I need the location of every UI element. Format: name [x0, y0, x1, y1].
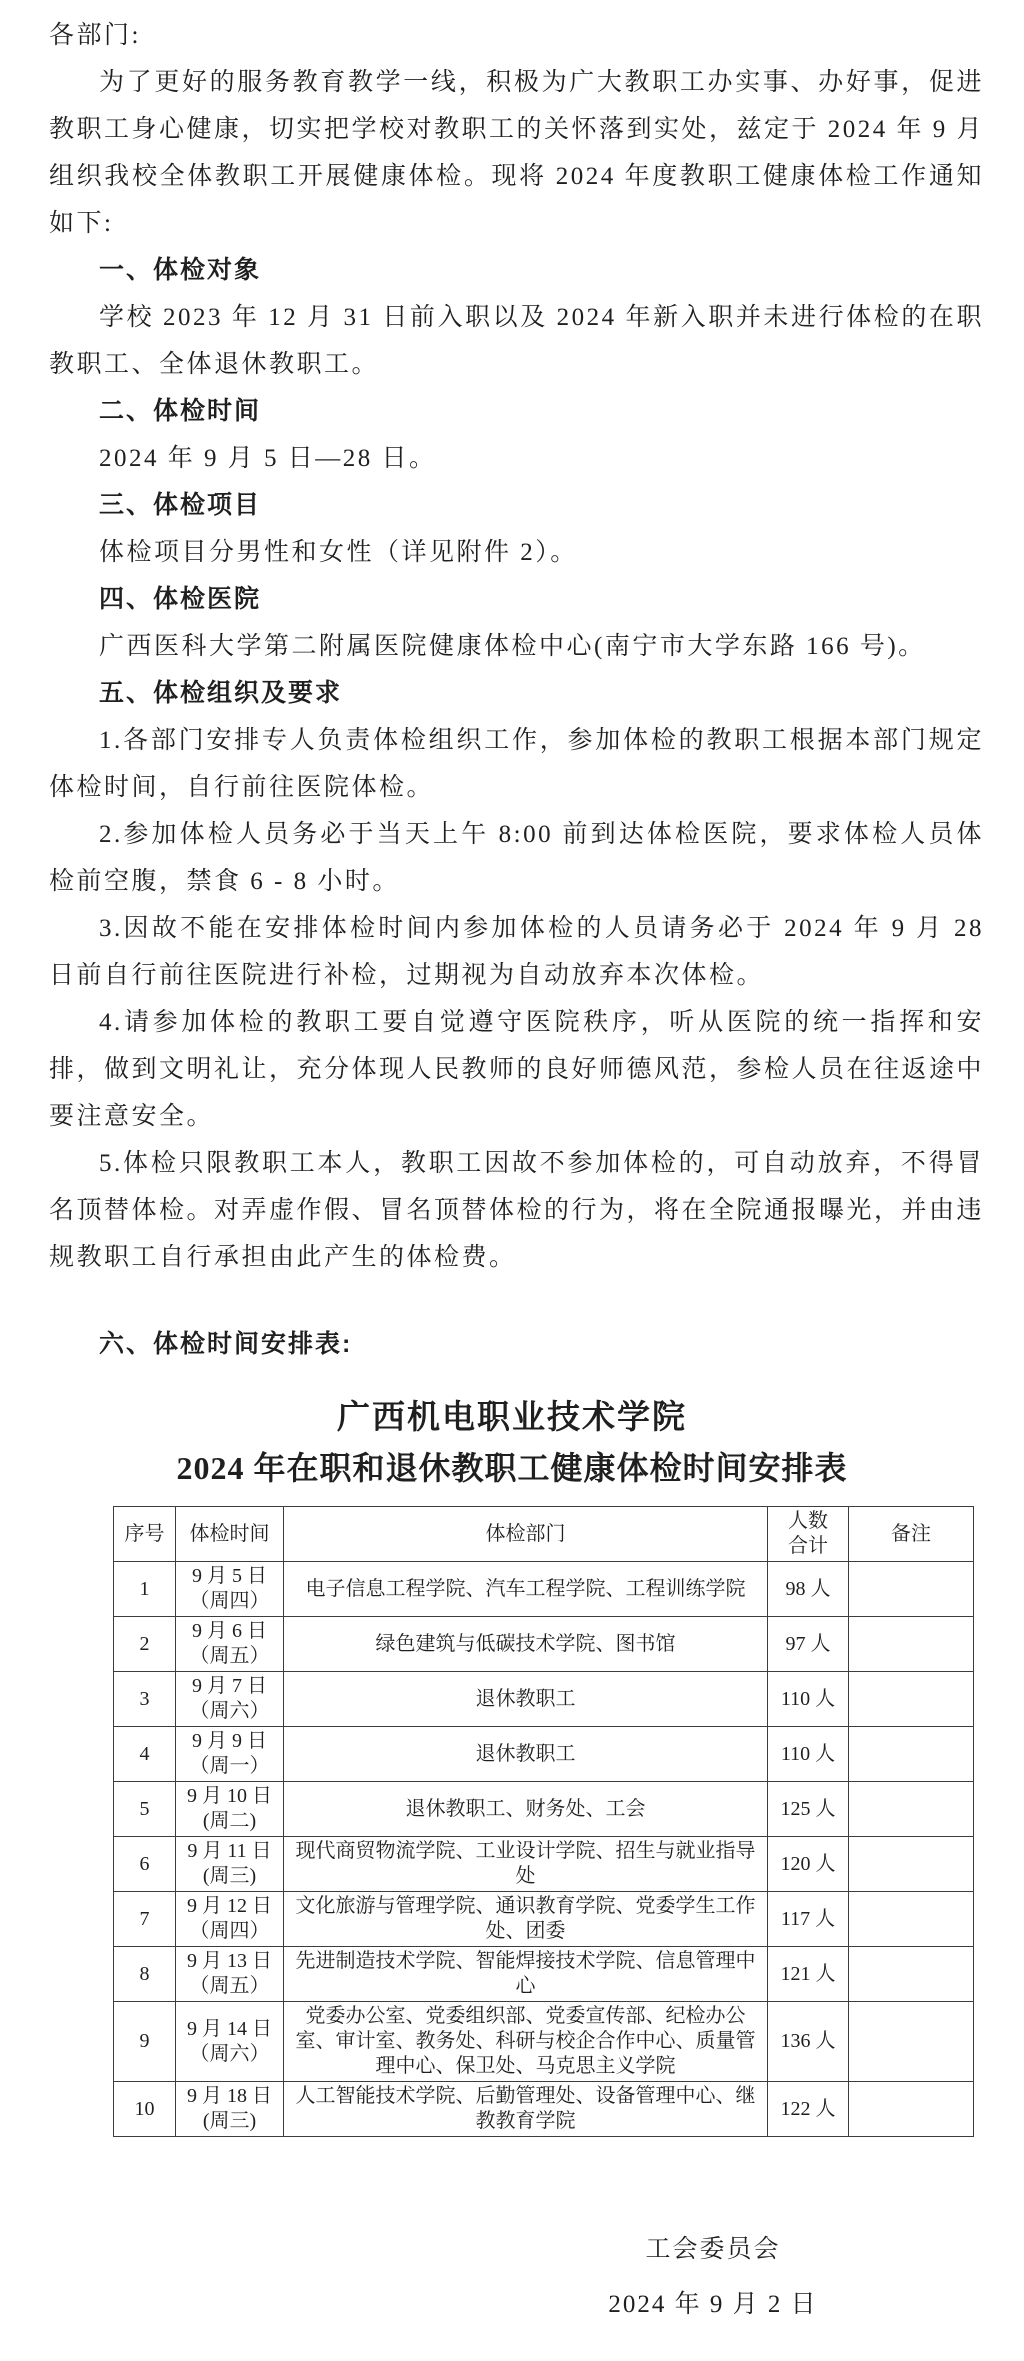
schedule-table: 序号 体检时间 体检部门 人数合计 备注 1 9 月 5 日（周四） 电子信息工… — [113, 1506, 974, 2137]
cell-departments: 先进制造技术学院、智能焊接技术学院、信息管理中心 — [284, 1947, 768, 2002]
cell-count: 110 人 — [768, 1727, 849, 1782]
cell-no: 6 — [114, 1837, 176, 1892]
section-paragraph: 体检项目分男性和女性（详见附件 2）。 — [49, 529, 984, 576]
cell-no: 10 — [114, 2082, 176, 2137]
section-paragraph: 学校 2023 年 12 月 31 日前入职以及 2024 年新入职并未进行体检… — [49, 294, 984, 388]
table-row: 3 9 月 7 日（周六） 退休教职工 110 人 — [114, 1672, 974, 1727]
cell-note — [849, 1782, 974, 1837]
cell-date: 9 月 5 日（周四） — [176, 1562, 284, 1617]
cell-date: 9 月 10 日(周二) — [176, 1782, 284, 1837]
cell-date: 9 月 7 日（周六） — [176, 1672, 284, 1727]
footer-signature: 工会委员会 — [563, 2222, 863, 2277]
cell-departments: 电子信息工程学院、汽车工程学院、工程训练学院 — [284, 1562, 768, 1617]
schedule-title-table: 2024 年在职和退休教职工健康体检时间安排表 — [0, 1446, 1024, 1490]
cell-date: 9 月 9 日（周一） — [176, 1727, 284, 1782]
schedule-block: 广西机电职业技术学院 2024 年在职和退休教职工健康体检时间安排表 序号 体检… — [0, 1394, 1024, 2137]
cell-departments: 人工智能技术学院、后勤管理处、设备管理中心、继教教育学院 — [284, 2082, 768, 2137]
cell-count: 125 人 — [768, 1782, 849, 1837]
cell-departments: 党委办公室、党委组织部、党委宣传部、纪检办公室、审计室、教务处、科研与校企合作中… — [284, 2002, 768, 2082]
cell-date: 9 月 14 日（周六） — [176, 2002, 284, 2082]
table-row: 9 9 月 14 日（周六） 党委办公室、党委组织部、党委宣传部、纪检办公室、审… — [114, 2002, 974, 2082]
table-row: 4 9 月 9 日（周一） 退休教职工 110 人 — [114, 1727, 974, 1782]
table-row: 2 9 月 6 日（周五） 绿色建筑与低碳技术学院、图书馆 97 人 — [114, 1617, 974, 1672]
cell-count: 110 人 — [768, 1672, 849, 1727]
cell-no: 1 — [114, 1562, 176, 1617]
cell-note — [849, 2082, 974, 2137]
cell-date: 9 月 13 日（周五） — [176, 1947, 284, 2002]
col-header-departments: 体检部门 — [284, 1507, 768, 1562]
cell-date: 9 月 18 日(周三) — [176, 2082, 284, 2137]
section-requirements: 五、体检组织及要求 1.各部门安排专人负责体检组织工作，参加体检的教职工根据本部… — [49, 670, 984, 1281]
cell-note — [849, 2002, 974, 2082]
col-header-note: 备注 — [849, 1507, 974, 1562]
cell-count: 97 人 — [768, 1617, 849, 1672]
cell-note — [849, 1672, 974, 1727]
section-time: 二、体检时间 2024 年 9 月 5 日—28 日。 — [49, 388, 984, 482]
footer-block: 工会委员会 2024 年 9 月 2 日 — [563, 2222, 863, 2332]
col-header-count: 人数合计 — [768, 1507, 849, 1562]
schedule-title-college: 广西机电职业技术学院 — [0, 1394, 1024, 1442]
section-heading: 五、体检组织及要求 — [49, 670, 984, 717]
table-row: 5 9 月 10 日(周二) 退休教职工、财务处、工会 125 人 — [114, 1782, 974, 1837]
section-paragraph: 1.各部门安排专人负责体检组织工作，参加体检的教职工根据本部门规定体检时间，自行… — [49, 717, 984, 811]
intro-paragraph: 为了更好的服务教育教学一线，积极为广大教职工办实事、办好事，促进教职工身心健康，… — [49, 59, 984, 247]
section-heading: 六、体检时间安排表: — [49, 1321, 984, 1368]
cell-note — [849, 1727, 974, 1782]
cell-count: 122 人 — [768, 2082, 849, 2137]
cell-no: 4 — [114, 1727, 176, 1782]
cell-no: 2 — [114, 1617, 176, 1672]
table-row: 1 9 月 5 日（周四） 电子信息工程学院、汽车工程学院、工程训练学院 98 … — [114, 1562, 974, 1617]
notice-page: 各部门: 为了更好的服务教育教学一线，积极为广大教职工办实事、办好事，促进教职工… — [0, 0, 1024, 2361]
section-heading: 三、体检项目 — [49, 482, 984, 529]
table-row: 6 9 月 11 日(周三) 现代商贸物流学院、工业设计学院、招生与就业指导处 … — [114, 1837, 974, 1892]
section-hospital: 四、体检医院 广西医科大学第二附属医院健康体检中心(南宁市大学东路 166 号)… — [49, 576, 984, 670]
cell-date: 9 月 11 日(周三) — [176, 1837, 284, 1892]
table-header-row: 序号 体检时间 体检部门 人数合计 备注 — [114, 1507, 974, 1562]
table-row: 10 9 月 18 日(周三) 人工智能技术学院、后勤管理处、设备管理中心、继教… — [114, 2082, 974, 2137]
salutation: 各部门: — [49, 12, 984, 59]
cell-note — [849, 1617, 974, 1672]
cell-count: 98 人 — [768, 1562, 849, 1617]
cell-count: 117 人 — [768, 1892, 849, 1947]
cell-departments: 绿色建筑与低碳技术学院、图书馆 — [284, 1617, 768, 1672]
cell-departments: 退休教职工、财务处、工会 — [284, 1782, 768, 1837]
section-paragraph: 2.参加体检人员务必于当天上午 8:00 前到达体检医院，要求体检人员体检前空腹… — [49, 811, 984, 905]
cell-departments: 现代商贸物流学院、工业设计学院、招生与就业指导处 — [284, 1837, 768, 1892]
section-paragraph: 4.请参加体检的教职工要自觉遵守医院秩序，听从医院的统一指挥和安排，做到文明礼让… — [49, 999, 984, 1140]
cell-departments: 文化旅游与管理学院、通识教育学院、党委学生工作处、团委 — [284, 1892, 768, 1947]
cell-no: 9 — [114, 2002, 176, 2082]
cell-note — [849, 1837, 974, 1892]
cell-departments: 退休教职工 — [284, 1727, 768, 1782]
footer-date: 2024 年 9 月 2 日 — [563, 2277, 863, 2332]
cell-no: 3 — [114, 1672, 176, 1727]
cell-count: 121 人 — [768, 1947, 849, 2002]
section-heading: 二、体检时间 — [49, 388, 984, 435]
cell-date: 9 月 12 日（周四） — [176, 1892, 284, 1947]
cell-count: 120 人 — [768, 1837, 849, 1892]
cell-no: 8 — [114, 1947, 176, 2002]
cell-count: 136 人 — [768, 2002, 849, 2082]
section-paragraph: 3.因故不能在安排体检时间内参加体检的人员请务必于 2024 年 9 月 28 … — [49, 905, 984, 999]
col-header-count-label: 人数合计 — [786, 1509, 830, 1559]
cell-date: 9 月 6 日（周五） — [176, 1617, 284, 1672]
notice-body: 各部门: 为了更好的服务教育教学一线，积极为广大教职工办实事、办好事，促进教职工… — [0, 0, 1024, 1368]
col-header-date: 体检时间 — [176, 1507, 284, 1562]
col-header-no: 序号 — [114, 1507, 176, 1562]
section-schedule: 六、体检时间安排表: — [49, 1321, 984, 1368]
section-examinees: 一、体检对象 学校 2023 年 12 月 31 日前入职以及 2024 年新入… — [49, 247, 984, 388]
table-row: 8 9 月 13 日（周五） 先进制造技术学院、智能焊接技术学院、信息管理中心 … — [114, 1947, 974, 2002]
section-paragraph: 5.体检只限教职工本人，教职工因故不参加体检的，可自动放弃，不得冒名顶替体检。对… — [49, 1140, 984, 1281]
cell-no: 5 — [114, 1782, 176, 1837]
section-paragraph: 2024 年 9 月 5 日—28 日。 — [49, 435, 984, 482]
section-heading: 四、体检医院 — [49, 576, 984, 623]
cell-note — [849, 1892, 974, 1947]
cell-departments: 退休教职工 — [284, 1672, 768, 1727]
cell-note — [849, 1562, 974, 1617]
cell-note — [849, 1947, 974, 2002]
section-items: 三、体检项目 体检项目分男性和女性（详见附件 2）。 — [49, 482, 984, 576]
table-row: 7 9 月 12 日（周四） 文化旅游与管理学院、通识教育学院、党委学生工作处、… — [114, 1892, 974, 1947]
cell-no: 7 — [114, 1892, 176, 1947]
section-paragraph: 广西医科大学第二附属医院健康体检中心(南宁市大学东路 166 号)。 — [49, 623, 984, 670]
section-heading: 一、体检对象 — [49, 247, 984, 294]
